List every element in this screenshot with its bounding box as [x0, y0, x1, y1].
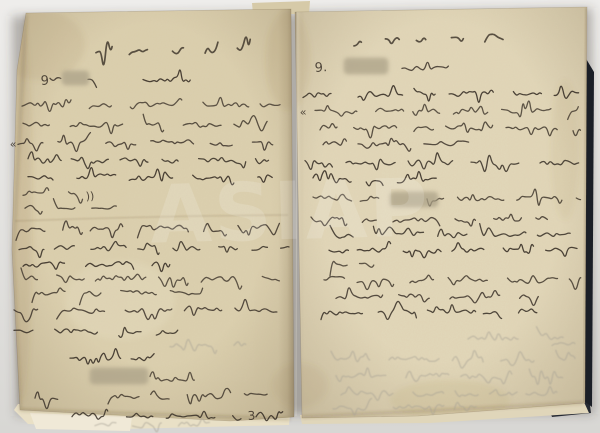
- redaction-smudge: [390, 192, 438, 207]
- paper-stain: [551, 80, 579, 220]
- handwriting-glyph: 9.: [314, 60, 327, 76]
- handwriting-glyph: «: [299, 106, 307, 119]
- handwriting-glyph: «: [9, 138, 17, 151]
- redaction-smudge: [344, 58, 388, 74]
- handwriting-glyph: )): [85, 189, 94, 203]
- redaction-smudge: [62, 71, 89, 85]
- redaction-smudge: [90, 368, 148, 384]
- handwriting-glyph: 9: [40, 73, 49, 89]
- handwriting-glyph: 3: [247, 408, 256, 422]
- notebook-photo: 9«))39.« ASIAP: [0, 0, 600, 433]
- notebook-scene: 9«))39.«: [0, 0, 600, 433]
